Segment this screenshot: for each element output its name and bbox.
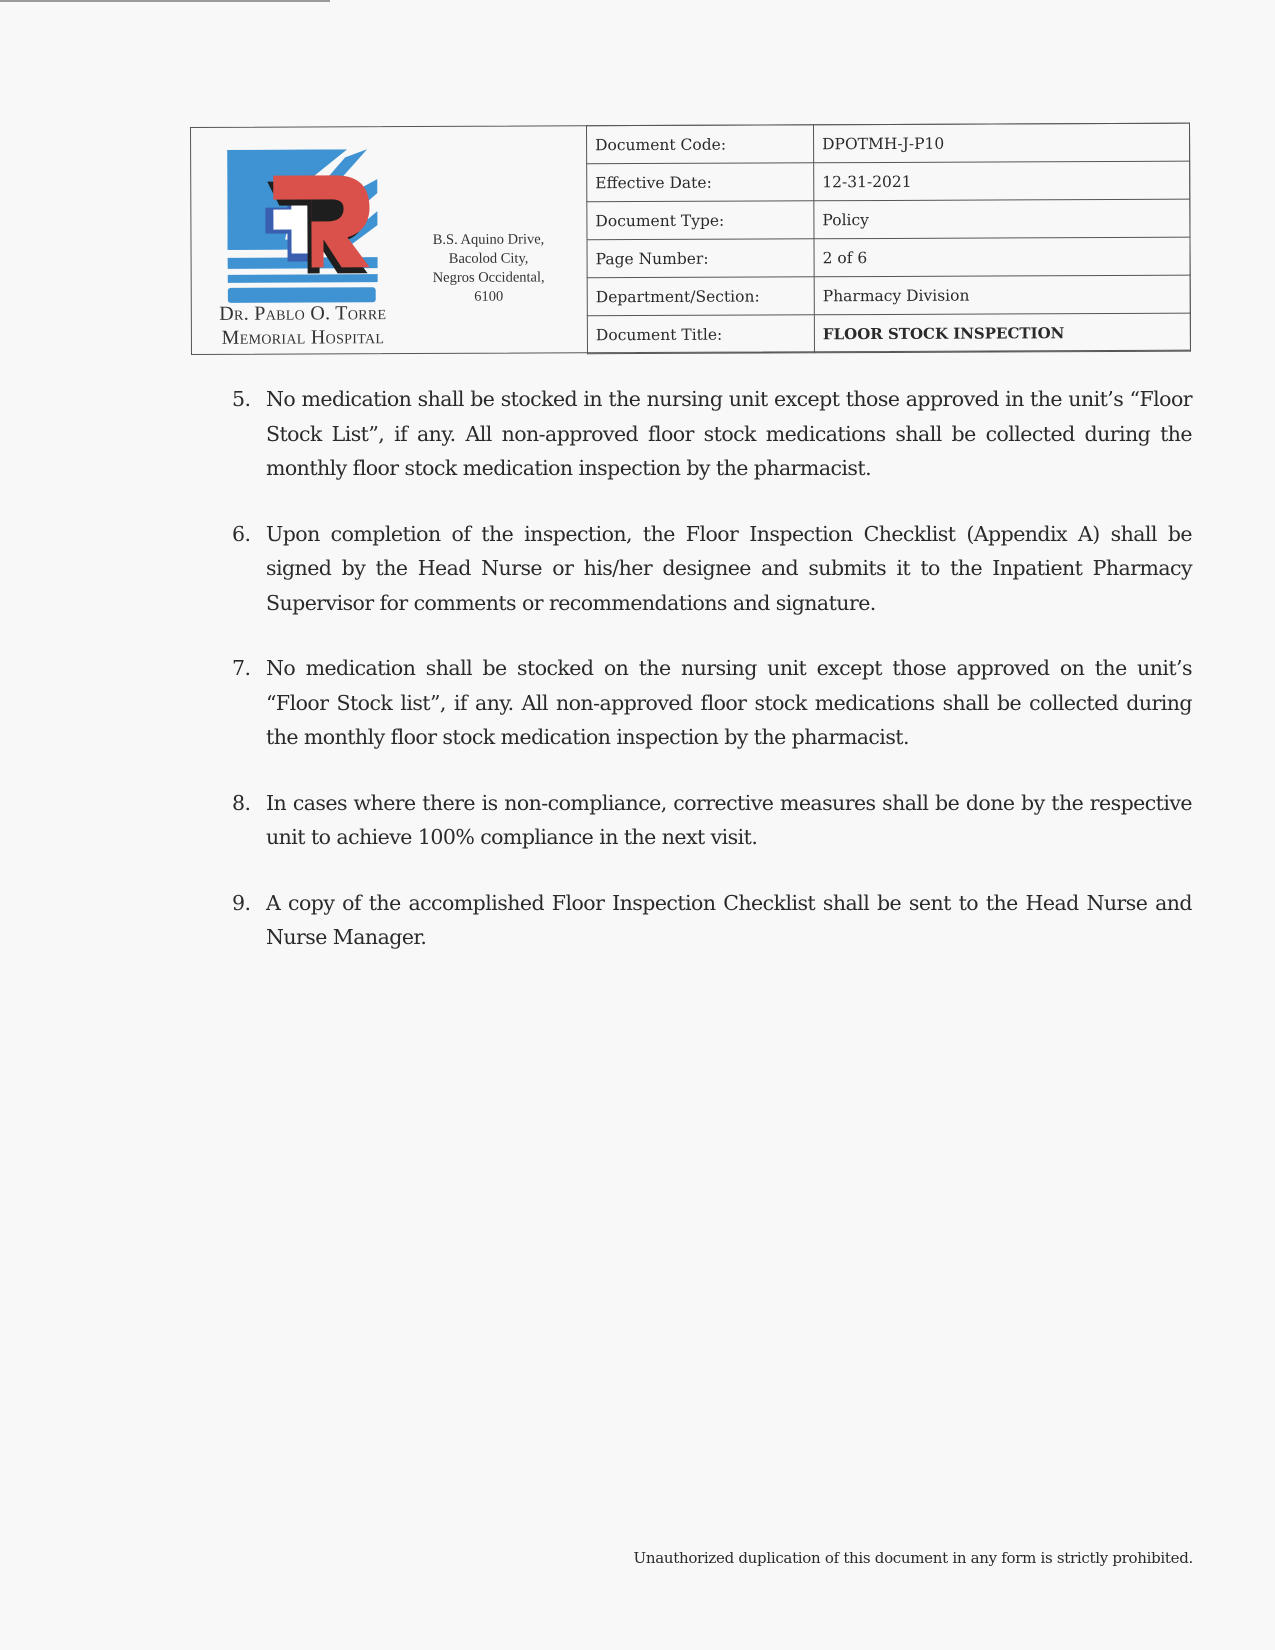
document-meta-table: Document Code: DPOTMH-J-P10 Effective Da… [586,123,1191,355]
list-item: 6. Upon completion of the inspection, th… [232,517,1192,621]
list-item: 5. No medication shall be stocked in the… [232,382,1192,486]
meta-label: Document Type: [587,201,814,240]
document-header: Dr. Pablo O. Torre Memorial Hospital B.S… [190,123,1191,355]
item-text: Upon completion of the inspection, the F… [266,522,1192,615]
item-text: A copy of the accomplished Floor Inspect… [266,891,1192,950]
list-item: 7. No medication shall be stocked on the… [232,651,1192,755]
item-text: No medication shall be stocked in the nu… [266,387,1192,480]
meta-row-document-code: Document Code: DPOTMH-J-P10 [586,123,1189,164]
meta-value: Policy [814,199,1190,239]
item-number: 5. [232,382,250,417]
item-text: No medication shall be stocked on the nu… [266,656,1192,749]
hospital-name-line2: Memorial Hospital [196,325,410,350]
meta-value: 12-31-2021 [814,161,1190,201]
scan-edge-line [0,0,330,2]
address-line4: 6100 [414,287,564,307]
list-item: 9. A copy of the accomplished Floor Insp… [232,886,1192,955]
meta-row-department: Department/Section: Pharmacy Division [587,275,1190,316]
meta-label: Document Code: [586,125,813,164]
hospital-branding: Dr. Pablo O. Torre Memorial Hospital B.S… [191,126,587,354]
address-line3: Negros Occidental, [414,268,564,288]
meta-label: Effective Date: [587,163,814,202]
hospital-name-line1: Dr. Pablo O. Torre [196,301,410,326]
hospital-name: Dr. Pablo O. Torre Memorial Hospital [196,301,410,350]
meta-value: Pharmacy Division [814,275,1190,315]
meta-value: 2 of 6 [814,237,1190,277]
policy-items-list: 5. No medication shall be stocked in the… [232,382,1192,986]
footer-notice: Unauthorized duplication of this documen… [634,1549,1193,1567]
meta-label: Page Number: [587,239,814,278]
meta-value: FLOOR STOCK INSPECTION [814,313,1190,353]
meta-row-document-title: Document Title: FLOOR STOCK INSPECTION [587,313,1190,354]
meta-label: Department/Section: [587,277,814,316]
item-number: 8. [232,786,250,821]
item-number: 7. [232,651,250,686]
item-number: 6. [232,517,250,552]
hospital-logo-cross-r-icon [227,149,386,305]
item-text: In cases where there is non-compliance, … [266,791,1192,850]
meta-label: Document Title: [587,315,814,354]
meta-row-document-type: Document Type: Policy [587,199,1190,240]
meta-row-effective-date: Effective Date: 12-31-2021 [587,161,1190,202]
meta-value: DPOTMH-J-P10 [813,123,1189,163]
list-item: 8. In cases where there is non-complianc… [232,786,1192,855]
address-line1: B.S. Aquino Drive, [413,230,563,250]
hospital-address: B.S. Aquino Drive, Bacolod City, Negros … [413,230,563,307]
address-line2: Bacolod City, [414,249,564,269]
meta-row-page-number: Page Number: 2 of 6 [587,237,1190,278]
item-number: 9. [232,886,250,921]
